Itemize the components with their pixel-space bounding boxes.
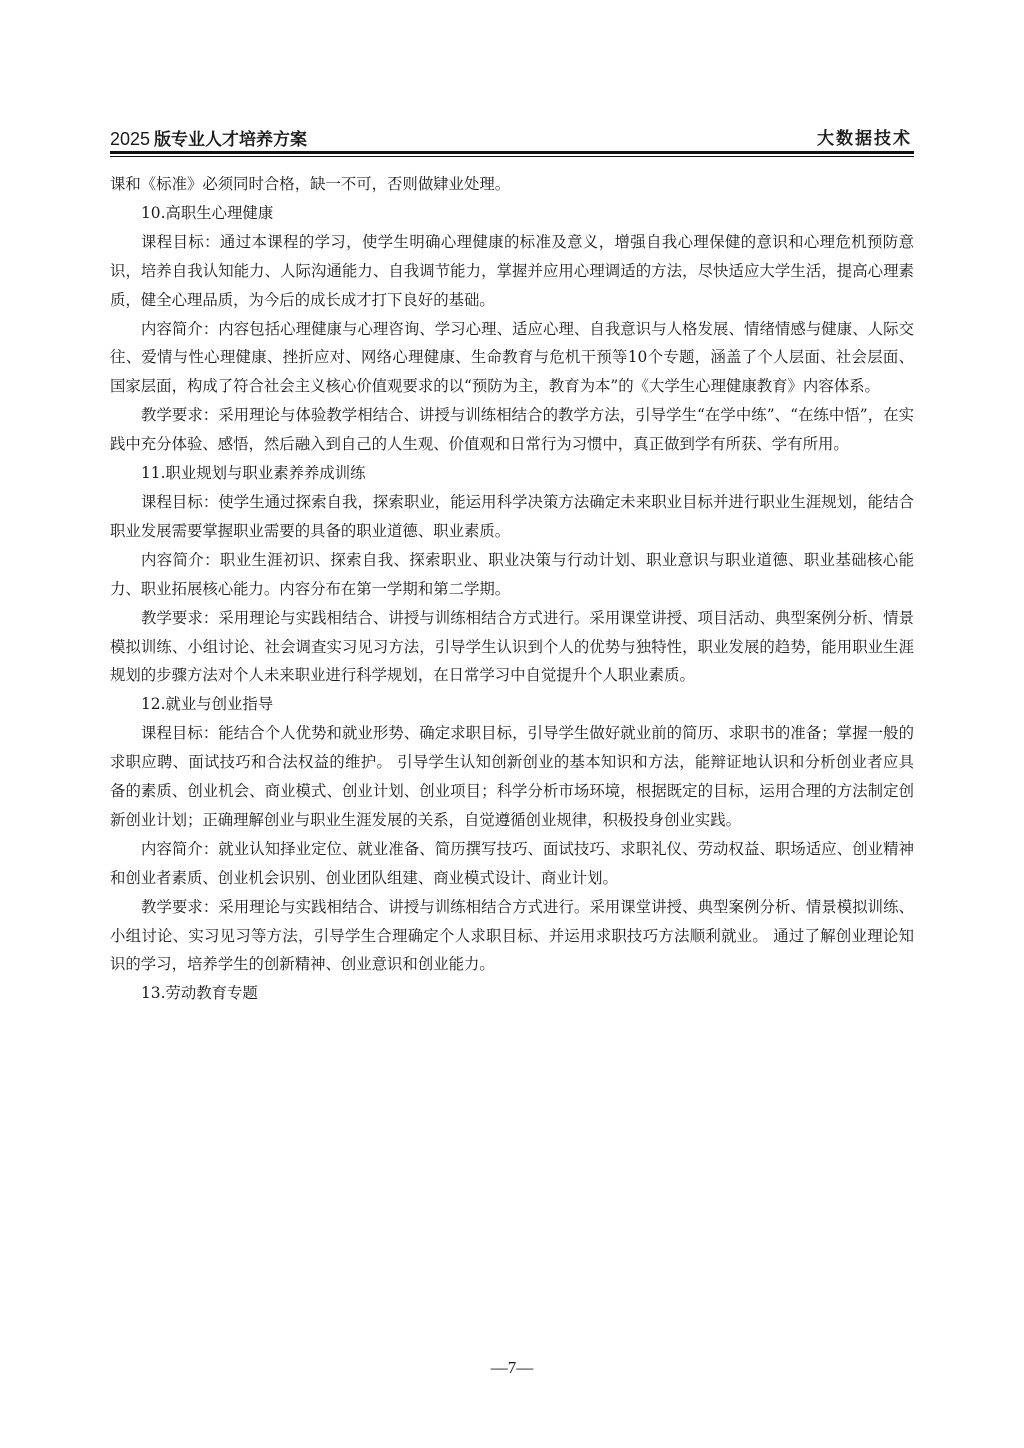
section-heading-11: 11.职业规划与职业素养养成训练 [110, 459, 914, 488]
header-year: 2025 [110, 129, 150, 149]
page-number: —7— [0, 1358, 1024, 1378]
section-heading-13: 13.劳动教育专题 [110, 979, 914, 1008]
paragraph-teaching-req-11: 教学要求：采用理论与实践相结合、讲授与训练相结合方式进行。采用课堂讲授、项目活动… [110, 604, 914, 691]
paragraph-course-goal-11: 课程目标：使学生通过探索自我，探索职业，能运用科学决策方法确定未来职业目标并进行… [110, 488, 914, 546]
paragraph-continuation: 课和《标准》必须同时合格，缺一不可，否则做肄业处理。 [110, 170, 914, 199]
section-heading-12: 12.就业与创业指导 [110, 690, 914, 719]
header-major-title: 大数据技术 [817, 128, 912, 150]
paragraph-teaching-req-12: 教学要求：采用理论与实践相结合、讲授与训练相结合方式进行。采用课堂讲授、典型案例… [110, 893, 914, 980]
document-body: 课和《标准》必须同时合格，缺一不可，否则做肄业处理。 10.高职生心理健康 课程… [110, 170, 914, 1008]
paragraph-course-goal-12: 课程目标：能结合个人优势和就业形势、确定求职目标，引导学生做好就业前的简历、求职… [110, 719, 914, 835]
section-heading-10: 10.高职生心理健康 [110, 199, 914, 228]
paragraph-course-goal-10: 课程目标：通过本课程的学习，使学生明确心理健康的标准及意义，增强自我心理保健的意… [110, 228, 914, 315]
paragraph-content-intro-11: 内容简介：职业生涯初识、探索自我、探索职业、职业决策与行动计划、职业意识与职业道… [110, 546, 914, 604]
header-rule-thick [110, 151, 914, 154]
page-header: 2025版专业人才培养方案 大数据技术 [110, 128, 914, 152]
paragraph-teaching-req-10: 教学要求：采用理论与体验教学相结合、讲授与训练相结合的教学方法，引导学生“在学中… [110, 401, 914, 459]
header-program-title: 2025版专业人才培养方案 [110, 128, 307, 151]
header-left-title: 版专业人才培养方案 [154, 130, 307, 150]
paragraph-content-intro-12: 内容简介：就业认知择业定位、就业准备、简历撰写技巧、面试技巧、求职礼仪、劳动权益… [110, 835, 914, 893]
paragraph-content-intro-10: 内容简介：内容包括心理健康与心理咨询、学习心理、适应心理、自我意识与人格发展、情… [110, 315, 914, 402]
header-rule-thin [110, 156, 914, 157]
